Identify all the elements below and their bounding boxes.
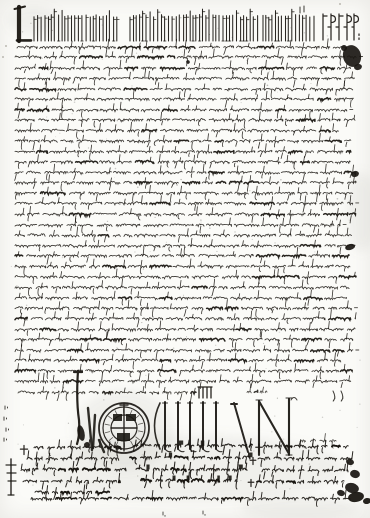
manuscript-page: L [0,0,370,518]
opening-line-elongata [15,6,360,41]
manuscript-scan: L [0,0,370,518]
scan-noise-specks [11,14,361,501]
body-text-block [15,39,363,389]
dating-line [18,384,343,402]
